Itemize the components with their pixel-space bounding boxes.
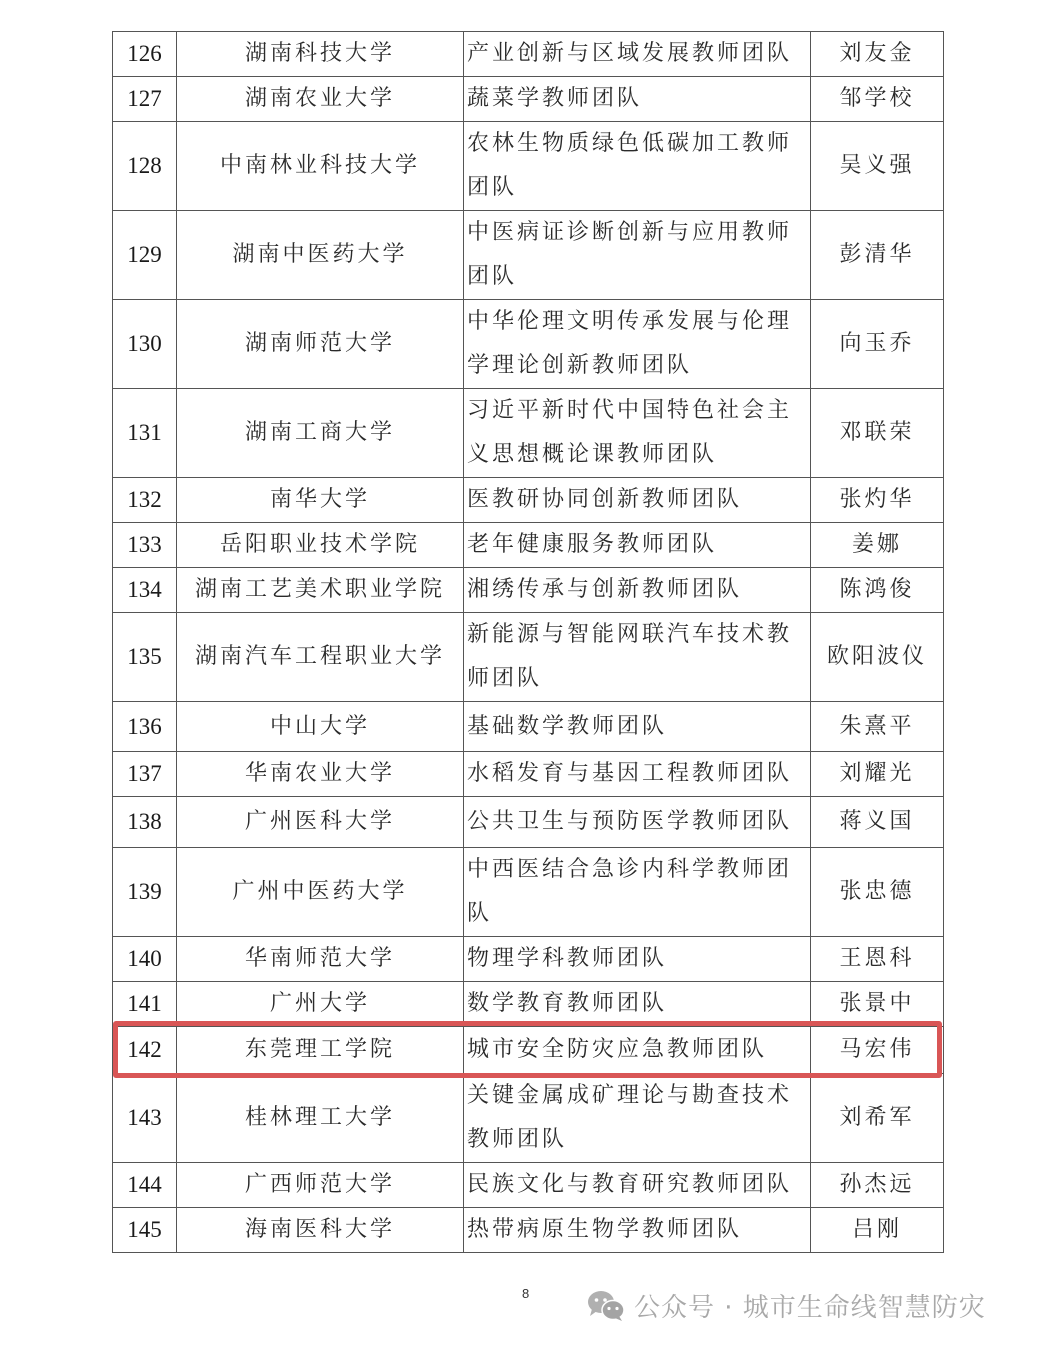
institution-cell: 广州中医药大学 xyxy=(177,848,464,937)
table-row: 141广州大学数学教育教师团队张景中 xyxy=(113,982,944,1027)
team-name-cell: 中医病证诊断创新与应用教师团队 xyxy=(464,211,811,300)
team-name-cell: 关键金属成矿理论与勘查技术教师团队 xyxy=(464,1074,811,1163)
table-row: 133岳阳职业技术学院老年健康服务教师团队姜娜 xyxy=(113,523,944,568)
row-number: 143 xyxy=(113,1074,177,1163)
team-name-cell: 中西医结合急诊内科学教师团队 xyxy=(464,848,811,937)
team-name-cell: 公共卫生与预防医学教师团队 xyxy=(464,797,811,848)
team-leader-cell: 朱熹平 xyxy=(811,702,944,752)
institution-cell: 湖南科技大学 xyxy=(177,32,464,77)
table-row: 145海南医科大学热带病原生物学教师团队吕刚 xyxy=(113,1208,944,1253)
row-number: 132 xyxy=(113,478,177,523)
team-name-cell: 数学教育教师团队 xyxy=(464,982,811,1027)
team-leader-cell: 邓联荣 xyxy=(811,389,944,478)
institution-cell: 岳阳职业技术学院 xyxy=(177,523,464,568)
table-row: 128中南林业科技大学农林生物质绿色低碳加工教师团队吴义强 xyxy=(113,122,944,211)
table-row: 136中山大学基础数学教师团队朱熹平 xyxy=(113,702,944,752)
institution-cell: 湖南师范大学 xyxy=(177,300,464,389)
row-number: 126 xyxy=(113,32,177,77)
watermark: 公众号 · 城市生命线智慧防灾 xyxy=(586,1287,986,1324)
row-number: 144 xyxy=(113,1163,177,1208)
team-leader-cell: 刘耀光 xyxy=(811,752,944,797)
team-name-cell: 新能源与智能网联汽车技术教师团队 xyxy=(464,613,811,702)
institution-cell: 华南师范大学 xyxy=(177,937,464,982)
team-leader-cell: 张忠德 xyxy=(811,848,944,937)
team-leader-cell: 吴义强 xyxy=(811,122,944,211)
team-name-cell: 基础数学教师团队 xyxy=(464,702,811,752)
team-name-cell: 物理学科教师团队 xyxy=(464,937,811,982)
highlight-box xyxy=(113,1021,942,1078)
team-leader-cell: 向玉乔 xyxy=(811,300,944,389)
table-row: 139广州中医药大学中西医结合急诊内科学教师团队张忠德 xyxy=(113,848,944,937)
team-leader-cell: 欧阳波仪 xyxy=(811,613,944,702)
row-number: 139 xyxy=(113,848,177,937)
team-name-cell: 产业创新与区域发展教师团队 xyxy=(464,32,811,77)
row-number: 127 xyxy=(113,77,177,122)
team-name-cell: 习近平新时代中国特色社会主义思想概论课教师团队 xyxy=(464,389,811,478)
table-row: 135湖南汽车工程职业大学新能源与智能网联汽车技术教师团队欧阳波仪 xyxy=(113,613,944,702)
institution-cell: 南华大学 xyxy=(177,478,464,523)
institution-cell: 广州医科大学 xyxy=(177,797,464,848)
table-row: 126湖南科技大学产业创新与区域发展教师团队刘友金 xyxy=(113,32,944,77)
table-row: 144广西师范大学民族文化与教育研究教师团队孙杰远 xyxy=(113,1163,944,1208)
table-row: 143桂林理工大学关键金属成矿理论与勘查技术教师团队刘希军 xyxy=(113,1074,944,1163)
table-row: 132南华大学医教研协同创新教师团队张灼华 xyxy=(113,478,944,523)
team-leader-cell: 刘友金 xyxy=(811,32,944,77)
team-name-cell: 蔬菜学教师团队 xyxy=(464,77,811,122)
team-name-cell: 湘绣传承与创新教师团队 xyxy=(464,568,811,613)
team-name-cell: 民族文化与教育研究教师团队 xyxy=(464,1163,811,1208)
team-name-cell: 农林生物质绿色低碳加工教师团队 xyxy=(464,122,811,211)
row-number: 131 xyxy=(113,389,177,478)
institution-cell: 湖南农业大学 xyxy=(177,77,464,122)
institution-cell: 广西师范大学 xyxy=(177,1163,464,1208)
row-number: 138 xyxy=(113,797,177,848)
team-leader-cell: 蒋义国 xyxy=(811,797,944,848)
table-row: 131湖南工商大学习近平新时代中国特色社会主义思想概论课教师团队邓联荣 xyxy=(113,389,944,478)
page-number: 8 xyxy=(522,1286,529,1301)
team-name-cell: 老年健康服务教师团队 xyxy=(464,523,811,568)
team-name-cell: 热带病原生物学教师团队 xyxy=(464,1208,811,1253)
institution-cell: 中山大学 xyxy=(177,702,464,752)
team-leader-cell: 张景中 xyxy=(811,982,944,1027)
team-leader-cell: 彭清华 xyxy=(811,211,944,300)
institution-cell: 湖南中医药大学 xyxy=(177,211,464,300)
institution-cell: 广州大学 xyxy=(177,982,464,1027)
team-name-cell: 水稻发育与基因工程教师团队 xyxy=(464,752,811,797)
team-leader-cell: 邹学校 xyxy=(811,77,944,122)
wechat-icon xyxy=(586,1289,626,1323)
row-number: 141 xyxy=(113,982,177,1027)
table-row: 130湖南师范大学中华伦理文明传承发展与伦理学理论创新教师团队向玉乔 xyxy=(113,300,944,389)
team-leader-cell: 姜娜 xyxy=(811,523,944,568)
team-leader-cell: 刘希军 xyxy=(811,1074,944,1163)
institution-cell: 湖南工商大学 xyxy=(177,389,464,478)
institution-cell: 湖南工艺美术职业学院 xyxy=(177,568,464,613)
row-number: 137 xyxy=(113,752,177,797)
team-leader-cell: 陈鸿俊 xyxy=(811,568,944,613)
team-leader-cell: 王恩科 xyxy=(811,937,944,982)
row-number: 135 xyxy=(113,613,177,702)
row-number: 128 xyxy=(113,122,177,211)
institution-cell: 中南林业科技大学 xyxy=(177,122,464,211)
institution-cell: 桂林理工大学 xyxy=(177,1074,464,1163)
table-row: 129湖南中医药大学中医病证诊断创新与应用教师团队彭清华 xyxy=(113,211,944,300)
row-number: 129 xyxy=(113,211,177,300)
institution-cell: 海南医科大学 xyxy=(177,1208,464,1253)
table-row: 137华南农业大学水稻发育与基因工程教师团队刘耀光 xyxy=(113,752,944,797)
table-row: 138广州医科大学公共卫生与预防医学教师团队蒋义国 xyxy=(113,797,944,848)
table-row: 127湖南农业大学蔬菜学教师团队邹学校 xyxy=(113,77,944,122)
row-number: 136 xyxy=(113,702,177,752)
team-leader-cell: 张灼华 xyxy=(811,478,944,523)
team-name-cell: 医教研协同创新教师团队 xyxy=(464,478,811,523)
row-number: 133 xyxy=(113,523,177,568)
institution-cell: 湖南汽车工程职业大学 xyxy=(177,613,464,702)
row-number: 134 xyxy=(113,568,177,613)
table-row: 140华南师范大学物理学科教师团队王恩科 xyxy=(113,937,944,982)
row-number: 130 xyxy=(113,300,177,389)
row-number: 140 xyxy=(113,937,177,982)
institution-cell: 华南农业大学 xyxy=(177,752,464,797)
team-leader-cell: 吕刚 xyxy=(811,1208,944,1253)
watermark-text: 公众号 · 城市生命线智慧防灾 xyxy=(634,1287,986,1324)
team-leader-cell: 孙杰远 xyxy=(811,1163,944,1208)
team-name-cell: 中华伦理文明传承发展与伦理学理论创新教师团队 xyxy=(464,300,811,389)
row-number: 145 xyxy=(113,1208,177,1253)
table-row: 134湖南工艺美术职业学院湘绣传承与创新教师团队陈鸿俊 xyxy=(113,568,944,613)
